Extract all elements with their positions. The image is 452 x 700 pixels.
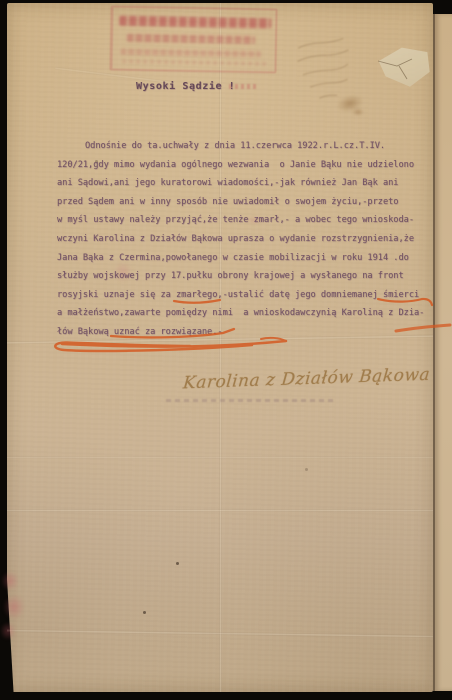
typed-line: służby wojskowej przy 17.pułku obrony kr… (57, 267, 437, 286)
document-page (7, 3, 433, 692)
stamp-dotted-line (123, 60, 268, 66)
dirt-speck (176, 562, 179, 565)
typed-line: łów Bąkową uznać za rozwiązane.- (57, 323, 437, 342)
stamp-text-row (127, 34, 255, 44)
typed-line: przed Sądem ani w inny sposób nie uwiado… (57, 193, 437, 212)
typed-line: Jana Bąka z Czermina,powołanego w czasie… (57, 249, 437, 268)
dirt-speck (305, 468, 308, 471)
typed-line: a małżeństwo,zawarte pomiędzy nimi a wni… (57, 304, 437, 323)
official-stamp (109, 6, 277, 74)
typed-line: wczyni Karolina z Działów Bąkowa uprasza… (57, 230, 437, 249)
dirt-speck (143, 611, 146, 614)
stamp-text-row (121, 49, 261, 57)
typed-line: w myśl ustawy należy przyjąć,że tenże zm… (57, 211, 437, 230)
typed-line: ani Sądowi,ani jego kuratorowi wiadomośc… (57, 174, 437, 193)
typed-line: 120/21,gdy mimo wydania ogólnego wezwani… (57, 156, 437, 175)
photo-background: Wysoki Sądzie ! Odnośnie do ta.uchwały z… (0, 0, 452, 700)
salutation: Wysoki Sądzie ! (136, 81, 235, 92)
stamp-text-row (119, 16, 271, 29)
paper-grain-texture (7, 3, 433, 692)
ink-bleedthrough-line (166, 399, 334, 402)
typed-line: rosyjski uznaje się za zmarłego,-ustalić… (57, 286, 437, 305)
typed-body: Odnośnie do ta.uchwały z dnia 11.czerwca… (57, 137, 437, 342)
typed-line: Odnośnie do ta.uchwały z dnia 11.czerwca… (57, 137, 437, 156)
second-sheet-edge (433, 14, 452, 691)
